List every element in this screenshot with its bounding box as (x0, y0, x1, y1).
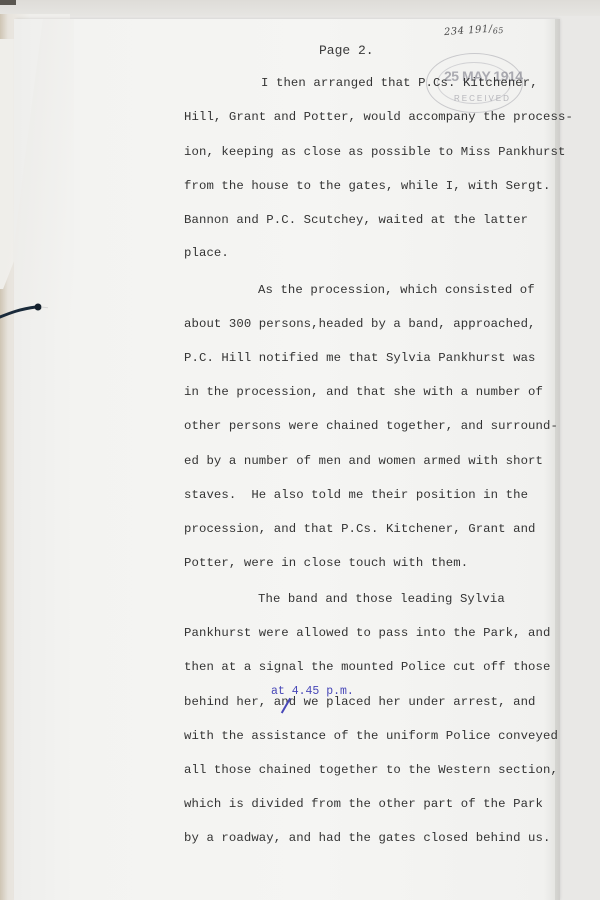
background-object (0, 0, 16, 5)
text-line: As the procession, which consisted of (258, 283, 535, 297)
text-line: The band and those leading Sylvia (258, 592, 505, 606)
text-line: Potter, were in close touch with them. (184, 556, 468, 570)
page-heading: Page 2. (319, 43, 374, 58)
page-fold-shadow (14, 19, 74, 319)
background-surface (0, 0, 600, 16)
text-line: I then arranged that P.Cs. Kitchener, (261, 76, 538, 90)
text-line: by a roadway, and had the gates closed b… (184, 831, 551, 845)
text-line: Hill, Grant and Potter, would accompany … (184, 110, 573, 124)
text-line: Bannon and P.C. Scutchey, waited at the … (184, 213, 528, 227)
archive-reference-fraction-top: 191 (468, 24, 489, 36)
text-line: behind her, and we placed her under arre… (184, 695, 536, 709)
text-line: in the procession, and that she with a n… (184, 385, 543, 399)
text-line: ion, keeping as close as possible to Mis… (184, 145, 565, 159)
text-line: which is divided from the other part of … (184, 797, 543, 811)
archive-reference-fraction-bottom: 65 (492, 26, 504, 36)
text-line: place. (184, 246, 229, 260)
text-line: with the assistance of the uniform Polic… (184, 729, 558, 743)
text-line: all those chained together to the Wester… (184, 763, 558, 777)
text-line: from the house to the gates, while I, wi… (184, 179, 551, 193)
archive-reference-main: 234 (444, 26, 465, 38)
text-line: about 300 persons,headed by a band, appr… (184, 317, 536, 331)
text-line: ed by a number of men and women armed wi… (184, 454, 543, 468)
received-stamp-label: RECEIVED (454, 94, 511, 103)
text-line: staves. He also told me their position i… (184, 488, 528, 502)
text-line: then at a signal the mounted Police cut … (184, 660, 551, 674)
text-line: P.C. Hill notified me that Sylvia Pankhu… (184, 351, 536, 365)
handwritten-insertion: at 4.45 p.m. (271, 685, 354, 698)
text-line: other persons were chained together, and… (184, 419, 558, 433)
text-line: procession, and that P.Cs. Kitchener, Gr… (184, 522, 536, 536)
binding-string-icon (0, 295, 48, 325)
text-line: Pankhurst were allowed to pass into the … (184, 626, 551, 640)
